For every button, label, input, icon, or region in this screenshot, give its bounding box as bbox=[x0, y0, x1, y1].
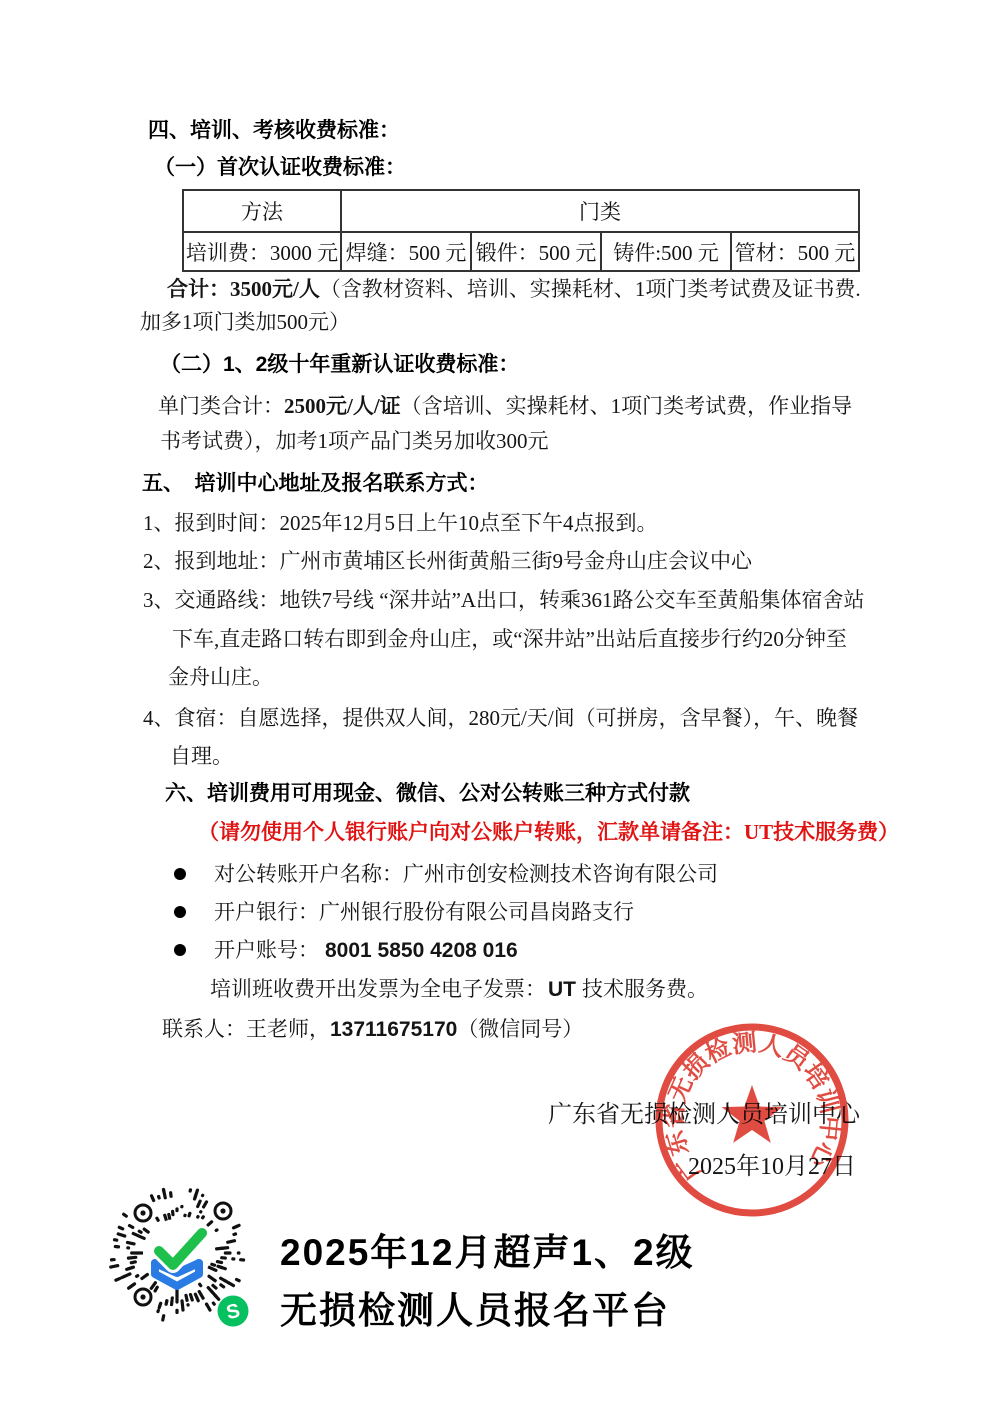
renew-fee-amount: 2500元/人/证 bbox=[284, 394, 401, 418]
total-fee-line2: 加多1项门类加500元） bbox=[140, 309, 350, 336]
qr-code: S bbox=[105, 1183, 255, 1338]
qr-position-marker bbox=[215, 1203, 231, 1219]
renew-fee-line: 单门类合计：2500元/人/证（含培训、实操耗材、1项门类考试费，作业指导 bbox=[158, 393, 852, 420]
contact-phone: 13711675170 bbox=[330, 1018, 457, 1041]
wechat-logo-icon: S bbox=[218, 1296, 249, 1327]
section4-sub1-heading: （一）首次认证收费标准： bbox=[154, 154, 406, 181]
total-fee-line: 合计：3500元/人（含教材资料、培训、实操耗材、1项门类考试费及证书费. bbox=[167, 276, 861, 303]
bullet-icon bbox=[174, 906, 186, 918]
account-number-label: 开户账号： bbox=[214, 938, 319, 962]
section6-heading: 六、培训费用可用现金、微信、公对公转账三种方式付款 bbox=[165, 780, 690, 807]
account-number-value: 8001 5850 4208 016 bbox=[325, 939, 518, 962]
invoice-service-code: UT bbox=[548, 978, 576, 1001]
qr-position-marker bbox=[135, 1289, 151, 1305]
invoice-note-suffix: 技术服务费。 bbox=[582, 977, 708, 1001]
fee-table-header-category: 门类 bbox=[341, 190, 859, 232]
payment-warning: （请勿使用个人银行账户向对公账户转账，汇款单请备注：UT技术服务费） bbox=[198, 819, 899, 846]
renew-fee-detail: （含培训、实操耗材、1项门类考试费，作业指导 bbox=[401, 394, 853, 418]
fee-cell-casting: 铸件:500 元 bbox=[601, 232, 731, 271]
stamp-star-icon bbox=[722, 1085, 783, 1143]
item-lodging-line2: 自理。 bbox=[170, 743, 233, 770]
qr-caption-line2: 无损检测人员报名平台 bbox=[280, 1280, 670, 1334]
renew-fee-label: 单门类合计： bbox=[158, 394, 284, 418]
qr-center-check-icon bbox=[143, 1219, 211, 1287]
fee-table-header-method: 方法 bbox=[183, 190, 341, 232]
contact-label: 联系人：王老师， bbox=[162, 1017, 330, 1041]
item-checkin-address: 2、报到地址：广州市黄埔区长州街黄船三街9号金舟山庄会议中心 bbox=[143, 548, 752, 575]
fee-cell-pipe: 管材：500 元 bbox=[731, 232, 859, 271]
document-page: 四、培训、考核收费标准： （一）首次认证收费标准： 方法 门类 培训费：3000… bbox=[0, 0, 993, 1404]
qr-position-marker bbox=[135, 1205, 151, 1221]
section4-sub2-heading: （二）1、2级十年重新认证收费标准： bbox=[160, 351, 519, 378]
renew-fee-line2: 书考试费），加考1项产品门类另加收300元 bbox=[160, 428, 549, 455]
qr-caption-line1: 2025年12月超声1、2级 bbox=[280, 1222, 695, 1276]
invoice-note-prefix: 培训班收费开出发票为全电子发票： bbox=[210, 977, 546, 1001]
invoice-note: 培训班收费开出发票为全电子发票：UT技术服务费。 bbox=[210, 976, 708, 1003]
official-stamp: 广东省无损检测人员培训中心 bbox=[652, 1020, 852, 1220]
contact-line: 联系人：王老师，13711675170（微信同号） bbox=[162, 1016, 583, 1043]
bank-line: 开户银行：广州银行股份有限公司昌岗路支行 bbox=[214, 899, 634, 926]
bullet-icon bbox=[174, 868, 186, 880]
account-name-line: 对公转账开户名称：广州市创安检测技术咨询有限公司 bbox=[214, 861, 718, 888]
item-lodging-line1: 4、食宿：自愿选择，提供双人间，280元/天/间（可拼房，含早餐），午、晚餐 bbox=[143, 705, 858, 732]
item-checkin-time: 1、报到时间：2025年12月5日上午10点至下午4点报到。 bbox=[143, 510, 658, 537]
item-route-line3: 金舟山庄。 bbox=[168, 664, 273, 691]
total-fee-amount: 合计：3500元/人 bbox=[167, 277, 320, 301]
total-fee-detail: （含教材资料、培训、实操耗材、1项门类考试费及证书费. bbox=[320, 277, 861, 301]
item-route-line2: 下车,直走路口转右即到金舟山庄，或“深井站”出站后直接步行约20分钟至 bbox=[172, 626, 847, 653]
item-route-line1: 3、交通路线：地铁7号线 “深井站”A出口，转乘361路公交车至黄船集体宿舍站 bbox=[143, 587, 865, 614]
fee-table: 方法 门类 培训费：3000 元 焊缝：500 元 锻件：500 元 铸件:50… bbox=[182, 189, 860, 272]
contact-suffix: （微信同号） bbox=[457, 1017, 583, 1041]
fee-cell-forging: 锻件：500 元 bbox=[471, 232, 601, 271]
bullet-icon bbox=[174, 944, 186, 956]
account-number-line: 开户账号：8001 5850 4208 016 bbox=[214, 937, 518, 964]
section4-heading: 四、培训、考核收费标准： bbox=[148, 117, 400, 144]
fee-cell-training: 培训费：3000 元 bbox=[183, 232, 341, 271]
section5-heading: 五、 培训中心地址及报名联系方式： bbox=[142, 470, 489, 497]
fee-cell-weld: 焊缝：500 元 bbox=[341, 232, 471, 271]
